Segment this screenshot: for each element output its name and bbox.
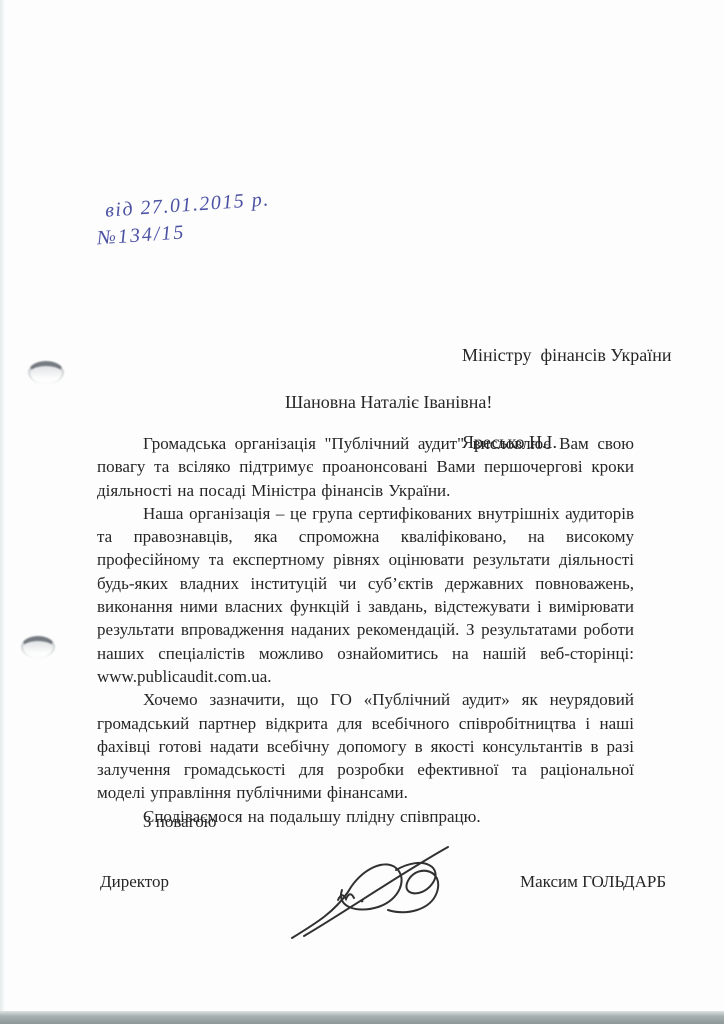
signer-name: Максим ГОЛЬДАРБ — [520, 872, 666, 892]
hole-punch-mark — [21, 636, 55, 658]
paragraph-intro: Громадська організація "Публічний аудит"… — [97, 432, 634, 502]
scanned-letter-page: від 27.01.2015 р. №134/15 Міністру фінан… — [0, 0, 724, 1024]
paragraph-organization: Наша організація – це група сертифікован… — [97, 502, 634, 688]
paragraph-cooperation: Хочемо зазначити, що ГО «Публічний аудит… — [97, 688, 634, 804]
scan-bottom-edge — [0, 1011, 724, 1024]
handwritten-reference: від 27.01.2015 р. №134/15 — [104, 186, 272, 251]
valediction: З повагою — [143, 812, 216, 832]
hole-punch-mark — [28, 361, 64, 384]
signature-ink — [278, 826, 538, 948]
scan-left-edge — [0, 0, 5, 1024]
signer-title: Директор — [100, 872, 169, 892]
recipient-line-1: Міністру фінансів України — [462, 341, 672, 370]
letter-body: Громадська організація "Публічний аудит"… — [97, 432, 634, 828]
salutation: Шановна Наталіє Іванівна! — [285, 392, 492, 413]
